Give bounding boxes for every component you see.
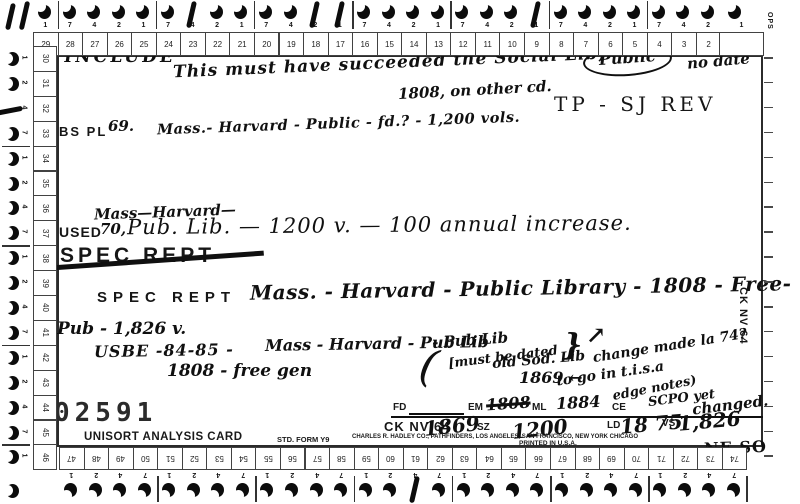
left-box-38: 38 — [33, 245, 57, 271]
top-punch-hole-7 — [578, 4, 591, 20]
left-box-44: 44 — [33, 395, 57, 421]
top-box-9: 9 — [524, 32, 550, 56]
bottom-digit-55: 1 — [255, 471, 280, 478]
top-box-6: 6 — [598, 32, 624, 56]
right-edge-tick — [764, 157, 773, 159]
usbe-label: USBE -84-85 - — [94, 340, 234, 361]
right-edge-tick — [764, 356, 773, 358]
bottom-digit-54: 7 — [231, 471, 256, 478]
top-digit-22: 2 — [205, 22, 230, 29]
left-box-label: 34 — [41, 154, 50, 163]
bottom-box-47: 47 — [59, 447, 85, 470]
top-box-7: 7 — [573, 32, 599, 56]
bottom-digit-72: 2 — [673, 471, 698, 478]
left-punch-hole-33 — [6, 126, 19, 142]
left-box-label: 44 — [41, 403, 50, 412]
em-value: 1808 — [485, 392, 531, 414]
left-punch-hole-34 — [6, 151, 19, 167]
bottom-box-52: 52 — [182, 447, 208, 470]
left-punch-hole-35 — [6, 176, 19, 192]
top-box-4: 4 — [647, 32, 673, 56]
bottom-box-59: 59 — [354, 447, 380, 470]
bottom-punch-hole-55 — [260, 482, 273, 498]
top-digit-10: 2 — [499, 22, 524, 29]
arrow-up-icon: ↗ — [586, 320, 606, 349]
bottom-box-label: 73 — [706, 454, 715, 463]
bottom-box-65: 65 — [501, 447, 527, 470]
top-punch-hole-4 — [652, 4, 665, 20]
left-digit-33: 7 — [21, 127, 28, 137]
maker-line: CHARLES R. HADLEY CO., PATHFINDERS, LOS … — [352, 434, 638, 440]
bottom-box-label: 61 — [411, 454, 420, 463]
top-punch-hole-2 — [701, 4, 714, 20]
bottom-box-label: 67 — [558, 454, 567, 463]
bottom-punch-hole-74 — [727, 482, 740, 498]
bottom-box-label: 47 — [67, 454, 76, 463]
left-box-label: 40 — [41, 303, 50, 312]
top-digit-23: 4 — [180, 22, 205, 29]
left-box-31: 31 — [33, 71, 57, 97]
top-box-14: 14 — [401, 32, 427, 56]
left-box-42: 42 — [33, 345, 57, 371]
ops-edge-label: OPS — [766, 12, 773, 30]
ld-label: LD — [607, 420, 620, 431]
top-box-15: 15 — [377, 32, 403, 56]
bottom-box-67: 67 — [550, 447, 576, 470]
right-edge-tick — [764, 256, 773, 258]
bottom-punch-hole-69 — [604, 482, 617, 498]
top-punch-hole-26 — [112, 4, 125, 20]
fd-label: FD — [393, 402, 406, 413]
top-box-8: 8 — [549, 32, 575, 56]
top-box-23: 23 — [180, 32, 206, 56]
bottom-digit-56: 2 — [280, 471, 305, 478]
bottom-box-63: 63 — [452, 447, 478, 470]
bottom-punch-hole-64 — [481, 482, 494, 498]
printed-in-usa: PRINTED IN U.S.A. — [519, 440, 577, 447]
left-box-label: 37 — [41, 229, 50, 238]
bottom-punch-hole-52 — [187, 482, 200, 498]
bottom-digit-58: 7 — [329, 471, 354, 478]
top-box-18: 18 — [303, 32, 329, 56]
left-group-sep — [2, 245, 30, 247]
top-box-11: 11 — [475, 32, 501, 56]
top-digit-24: 7 — [156, 22, 181, 29]
left-digit-43: 2 — [21, 376, 28, 386]
top-punch-hole-16 — [357, 4, 370, 20]
left-box-label: 33 — [41, 129, 50, 138]
top-punch-hole-10 — [504, 4, 517, 20]
top-box-25: 25 — [131, 32, 157, 56]
left-box-39: 39 — [33, 270, 57, 296]
left-digit-35: 2 — [21, 177, 28, 187]
left-digit-30: 1 — [21, 53, 28, 63]
top-digit-20: 7 — [254, 22, 279, 29]
bottom-punch-hole-68 — [580, 482, 593, 498]
used-stamp: USED — [59, 224, 102, 240]
ck-stamp-right: CK NV 64 — [737, 287, 749, 345]
left-punch-hole-31 — [6, 76, 19, 92]
top-digit-9: 1 — [524, 22, 549, 29]
left-box-label: 43 — [41, 378, 50, 387]
top-punch-hole-21 — [234, 4, 247, 20]
top-box-22: 22 — [205, 32, 231, 56]
left-box-label: 46 — [41, 453, 50, 462]
top-punch-hole-15 — [382, 4, 395, 20]
left-digit-39: 2 — [21, 277, 28, 287]
bottom-box-label: 53 — [215, 454, 224, 463]
top-digit-4: 7 — [647, 22, 672, 29]
top-punch-hole-6 — [603, 4, 616, 20]
bottom-group-sep — [452, 476, 454, 502]
left-box-label: 36 — [41, 204, 50, 213]
top-digit-8: 7 — [549, 22, 574, 29]
top-digit-16: 7 — [352, 22, 377, 29]
bottom-box-label: 55 — [264, 454, 273, 463]
bottom-punch-hole-50 — [138, 482, 151, 498]
bottom-punch-hole-70 — [629, 482, 642, 498]
bottom-box-label: 48 — [92, 454, 101, 463]
bs-pl-year: 69. — [108, 117, 134, 135]
bottom-box-54: 54 — [231, 447, 257, 470]
top-punch-hole-11 — [480, 4, 493, 20]
right-edge-tick — [764, 381, 773, 383]
right-edge-tick — [764, 206, 773, 208]
left-digit-40: 4 — [21, 302, 28, 312]
top-digit-11: 4 — [475, 22, 500, 29]
bottom-box-73: 73 — [697, 447, 723, 470]
left-notch-32 — [0, 106, 23, 116]
bottom-box-label: 58 — [337, 454, 346, 463]
bottom-punch-hole-59 — [359, 482, 372, 498]
bottom-group-sep — [157, 476, 159, 502]
spec-rept-label: SPEC REPT — [97, 289, 236, 306]
top-digit-6: 2 — [598, 22, 623, 29]
left-punch-hole-39 — [6, 275, 19, 291]
card-title: UNISORT ANALYSIS CARD — [84, 431, 243, 443]
top-digit-14: 2 — [401, 22, 426, 29]
used-year: 70, — [100, 220, 126, 238]
top-punch-hole-13 — [431, 4, 444, 20]
top-digit-13: 1 — [426, 22, 451, 29]
bottom-box-label: 59 — [362, 454, 371, 463]
top-punch-hole-14 — [406, 4, 419, 20]
left-digit-42: 1 — [21, 351, 28, 361]
top-digit-26: 2 — [107, 22, 132, 29]
used-note: Pub. Lib. — 1200 v. — 100 annual increas… — [127, 211, 632, 239]
bottom-digit-51: 1 — [157, 471, 182, 478]
top-digit-19: 4 — [279, 22, 304, 29]
top-punch-hole-22 — [210, 4, 223, 20]
bottom-box-68: 68 — [575, 447, 601, 470]
left-punch-hole-30 — [6, 51, 19, 67]
left-punch-hole-45 — [6, 425, 19, 441]
top-box-21: 21 — [229, 32, 255, 56]
bottom-box-label: 74 — [730, 454, 739, 463]
top-digit-12: 7 — [450, 22, 475, 29]
bottom-box-61: 61 — [403, 447, 429, 470]
bottom-punch-hole-47 — [64, 482, 77, 498]
right-edge-tick — [764, 107, 773, 109]
left-box-label: 32 — [41, 104, 50, 113]
bottom-box-label: 66 — [534, 454, 543, 463]
left-box-label: 31 — [41, 79, 50, 88]
bottom-box-49: 49 — [108, 447, 134, 470]
bottom-box-50: 50 — [133, 447, 159, 470]
left-box-41: 41 — [33, 320, 57, 346]
top-box-2: 2 — [696, 32, 722, 56]
bottom-box-label: 71 — [657, 454, 666, 463]
bottom-notch-61 — [409, 476, 419, 503]
left-punch-hole-41 — [6, 325, 19, 341]
bottom-digit-62: 7 — [427, 471, 452, 478]
left-box-30: 30 — [33, 46, 57, 72]
bottom-box-label: 60 — [386, 454, 395, 463]
left-box-45: 45 — [33, 420, 57, 446]
left-box-label: 45 — [41, 428, 50, 437]
ce-label: CE — [612, 402, 626, 413]
top-box-10: 10 — [499, 32, 525, 56]
bottom-box-60: 60 — [378, 447, 404, 470]
left-box-40: 40 — [33, 295, 57, 321]
top-punch-hole-5 — [627, 4, 640, 20]
bottom-digit-64: 2 — [476, 471, 501, 478]
bottom-punch-hole-71 — [653, 482, 666, 498]
top-box-20: 20 — [254, 32, 280, 56]
bottom-digit-74: 7 — [722, 471, 747, 478]
bottom-box-72: 72 — [673, 447, 699, 470]
bottom-digit-47: 1 — [59, 471, 84, 478]
left-punch-hole-44 — [6, 400, 19, 416]
bottom-box-58: 58 — [329, 447, 355, 470]
right-edge-tick — [764, 306, 773, 308]
top-digit-27: 4 — [82, 22, 107, 29]
free-gen-note: 1808 - free gen — [167, 361, 312, 381]
bottom-digit-48: 2 — [84, 471, 109, 478]
bottom-box-69: 69 — [599, 447, 625, 470]
serial-number: 02591 — [54, 398, 157, 428]
left-digit-36: 4 — [21, 202, 28, 212]
bottom-punch-hole-48 — [89, 482, 102, 498]
bottom-digit-70: 7 — [624, 471, 649, 478]
bottom-digit-73: 4 — [697, 471, 722, 478]
bottom-digit-71: 1 — [648, 471, 673, 478]
bottom-digit-50: 7 — [133, 471, 158, 478]
left-group-sep — [2, 345, 30, 347]
left-box-34: 34 — [33, 146, 57, 172]
bottom-punch-hole-49 — [113, 482, 126, 498]
vs-label: VS — [662, 418, 675, 429]
right-edge-tick — [764, 182, 773, 184]
top-digit-3: 4 — [671, 22, 696, 29]
bottom-box-70: 70 — [624, 447, 650, 470]
bottom-digit-49: 4 — [108, 471, 133, 478]
left-box-label: 38 — [41, 254, 50, 263]
bottom-punch-hole-65 — [506, 482, 519, 498]
bottom-digit-67: 1 — [550, 471, 575, 478]
bottom-box-label: 65 — [509, 454, 518, 463]
right-edge-tick — [764, 82, 773, 84]
top-punch-hole-1 — [728, 4, 741, 20]
left-box-label: 42 — [41, 353, 50, 362]
top-punch-hole-3 — [676, 4, 689, 20]
bottom-digit-65: 4 — [501, 471, 526, 478]
bottom-box-label: 68 — [583, 454, 592, 463]
left-punch-hole-40 — [6, 300, 19, 316]
tp-sj-rev-label: TP - SJ REV — [554, 92, 716, 116]
top-digit-25: 1 — [131, 22, 156, 29]
bottom-box-56: 56 — [280, 447, 306, 470]
left-digit-37: 7 — [21, 227, 28, 237]
bottom-box-62: 62 — [427, 447, 453, 470]
top-punch-hole-29 — [38, 4, 51, 20]
left-digit-46: 1 — [21, 451, 28, 461]
top-punch-hole-19 — [284, 4, 297, 20]
corner-hole — [6, 483, 19, 499]
left-box-37: 37 — [33, 220, 57, 246]
right-edge-tick — [764, 281, 773, 283]
top-box-19: 19 — [279, 32, 305, 56]
top-digit-21: 1 — [229, 22, 254, 29]
right-edge-tick — [764, 231, 773, 233]
bottom-punch-hole-73 — [702, 482, 715, 498]
top-digit-5: 1 — [622, 22, 647, 29]
unisort-card: INCLUDE CK NV 64 This must have succeede… — [0, 0, 800, 504]
bottom-punch-hole-62 — [432, 482, 445, 498]
left-digit-44: 4 — [21, 401, 28, 411]
top-box-28: 28 — [58, 32, 84, 56]
right-edge-tick — [764, 431, 773, 433]
left-group-sep — [2, 146, 30, 148]
left-digit-41: 7 — [21, 326, 28, 336]
bottom-box-label: 72 — [681, 454, 690, 463]
right-edge-tick — [764, 57, 773, 59]
bottom-box-label: 49 — [116, 454, 125, 463]
bottom-box-66: 66 — [525, 447, 551, 470]
ml-label: ML — [532, 402, 546, 413]
right-edge-tick — [764, 331, 773, 333]
sz-label: SZ — [477, 422, 490, 433]
top-box-26: 26 — [107, 32, 133, 56]
bottom-punch-hole-56 — [285, 482, 298, 498]
left-punch-hole-42 — [6, 350, 19, 366]
top-punch-hole-27 — [87, 4, 100, 20]
top-digit-7: 4 — [573, 22, 598, 29]
bottom-punch-hole-72 — [678, 482, 691, 498]
left-box-label: 41 — [41, 328, 50, 337]
bottom-box-57: 57 — [305, 447, 331, 470]
bottom-box-label: 63 — [460, 454, 469, 463]
top-punch-hole-28 — [63, 4, 76, 20]
top-digit-28: 7 — [58, 22, 83, 29]
top-digit-15: 4 — [377, 22, 402, 29]
left-digit-34: 1 — [21, 152, 28, 162]
top-punch-hole-12 — [455, 4, 468, 20]
bottom-group-sep — [648, 476, 650, 502]
bottom-digit-60: 2 — [378, 471, 403, 478]
bottom-box-label: 62 — [436, 454, 445, 463]
bottom-box-label: 52 — [190, 454, 199, 463]
top-box-12: 12 — [450, 32, 476, 56]
left-group-sep — [2, 444, 30, 446]
bottom-box-label: 54 — [239, 454, 248, 463]
bottom-digit-66: 7 — [525, 471, 550, 478]
top-box-16: 16 — [352, 32, 378, 56]
left-box-label: 39 — [41, 279, 50, 288]
bottom-digit-59: 1 — [354, 471, 379, 478]
bottom-box-64: 64 — [476, 447, 502, 470]
bottom-punch-hole-58 — [334, 482, 347, 498]
bottom-punch-hole-53 — [211, 482, 224, 498]
top-box-17: 17 — [328, 32, 354, 56]
bottom-punch-hole-63 — [457, 482, 470, 498]
bs-pl-label: BS PL — [59, 124, 107, 139]
right-edge-tick — [764, 132, 773, 134]
left-digit-31: 2 — [21, 77, 28, 87]
bottom-box-55: 55 — [255, 447, 281, 470]
bottom-box-label: 64 — [485, 454, 494, 463]
bottom-box-label: 70 — [632, 454, 641, 463]
bottom-group-sep — [354, 476, 356, 502]
bottom-box-48: 48 — [84, 447, 110, 470]
top-punch-hole-24 — [161, 4, 174, 20]
bottom-group-sep — [746, 476, 748, 502]
brace-mark: } — [563, 328, 582, 363]
left-box-46: 46 — [33, 444, 57, 470]
left-box-32: 32 — [33, 96, 57, 122]
bottom-digit-53: 4 — [206, 471, 231, 478]
right-edge-tick — [764, 406, 773, 408]
left-punch-hole-46 — [6, 449, 19, 465]
left-digit-45: 7 — [21, 426, 28, 436]
top-punch-hole-25 — [136, 4, 149, 20]
corner-notch — [19, 1, 30, 30]
bottom-box-label: 50 — [141, 454, 150, 463]
bottom-punch-hole-60 — [383, 482, 396, 498]
form-number: STD. FORM Y9 — [277, 435, 329, 444]
left-box-36: 36 — [33, 195, 57, 221]
left-punch-hole-36 — [6, 200, 19, 216]
left-box-label: 30 — [41, 54, 50, 63]
bottom-digit-68: 2 — [575, 471, 600, 478]
bottom-box-label: 56 — [288, 454, 297, 463]
left-digit-38: 1 — [21, 252, 28, 262]
top-digit-1: 1 — [719, 22, 764, 29]
bottom-digit-63: 1 — [452, 471, 477, 478]
top-digit-17: 1 — [328, 22, 353, 29]
top-punch-hole-20 — [259, 4, 272, 20]
left-box-43: 43 — [33, 370, 57, 396]
bottom-digit-52: 2 — [182, 471, 207, 478]
top-box-1 — [719, 32, 764, 56]
bottom-punch-hole-57 — [310, 482, 323, 498]
bottom-group-sep — [550, 476, 552, 502]
bottom-digit-69: 4 — [599, 471, 624, 478]
top-box-24: 24 — [156, 32, 182, 56]
bottom-box-label: 57 — [313, 454, 322, 463]
bottom-box-71: 71 — [648, 447, 674, 470]
bottom-punch-hole-51 — [162, 482, 175, 498]
top-box-13: 13 — [426, 32, 452, 56]
bottom-punch-hole-66 — [530, 482, 543, 498]
top-box-27: 27 — [82, 32, 108, 56]
bottom-box-label: 69 — [607, 454, 616, 463]
right-edge-tick — [764, 455, 773, 457]
left-punch-hole-37 — [6, 225, 19, 241]
top-box-5: 5 — [622, 32, 648, 56]
top-digit-2: 2 — [696, 22, 721, 29]
left-digit-32: 4 — [21, 102, 28, 112]
